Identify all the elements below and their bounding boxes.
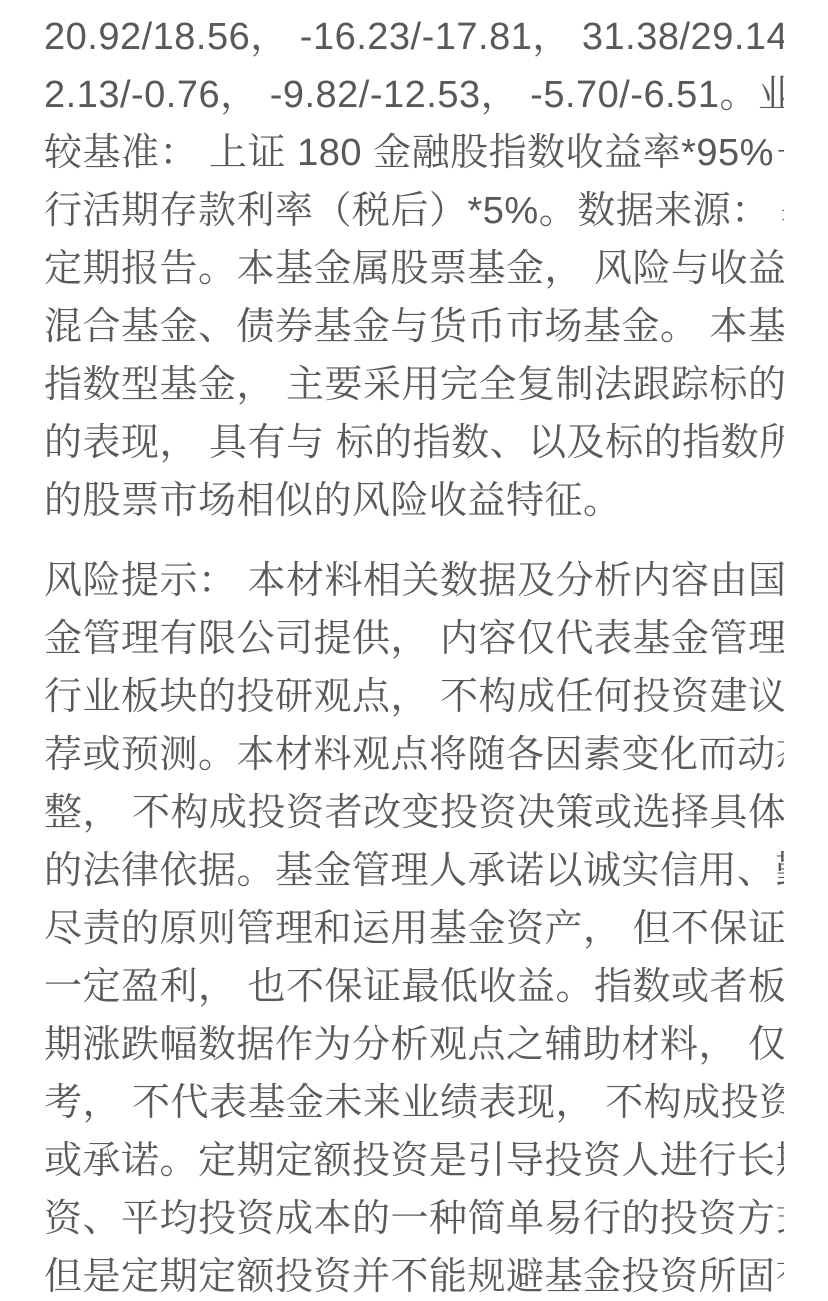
text-line: 资、平均投资成本的一种简单易行的投资方式， (44, 1190, 784, 1248)
text-line: 较基准： 上证 180 金融股指数收益率*95%＋银 (44, 124, 784, 182)
text-line: 风险提示： 本材料相关数据及分析内容由国泰基 (44, 552, 784, 610)
text-line: 20.92/18.56， -16.23/-17.81， 31.38/29.14， (44, 8, 784, 66)
text-line: 的表现， 具有与 标的指数、以及标的指数所代表 (44, 414, 784, 472)
paragraph-risk-warning: 风险提示： 本材料相关数据及分析内容由国泰基 金管理有限公司提供， 内容仅代表基… (44, 552, 784, 1301)
document-body: 20.92/18.56， -16.23/-17.81， 31.38/29.14，… (0, 0, 828, 1301)
text-line: 金管理有限公司提供， 内容仅代表基金管理人对 (44, 610, 784, 668)
text-line: 整， 不构成投资者改变投资决策或选择具体产品 (44, 784, 784, 842)
paragraph-performance-disclosure: 20.92/18.56， -16.23/-17.81， 31.38/29.14，… (44, 8, 784, 530)
text-line: 定期报告。本基金属股票基金， 风险与收益高于 (44, 240, 784, 298)
text-line: 尽责的原则管理和运用基金资产， 但不保证基金 (44, 900, 784, 958)
text-line: 一定盈利， 也不保证最低收益。指数或者板块短 (44, 958, 784, 1016)
text-line: 但是定期定额投资并不能规避基金投资所固有的 (44, 1248, 784, 1301)
text-line: 的股票市场相似的风险收益特征。 (44, 472, 784, 530)
text-line: 期涨跌幅数据作为分析观点之辅助材料， 仅供参 (44, 1016, 784, 1074)
text-line: 行业板块的投研观点， 不构成任何投资建议、推 (44, 668, 784, 726)
text-line: 指数型基金， 主要采用完全复制法跟踪标的指数 (44, 356, 784, 414)
text-line: 2.13/-0.76， -9.82/-12.53， -5.70/-6.51。业绩… (44, 66, 784, 124)
text-line: 的法律依据。基金管理人承诺以诚实信用、勤勉 (44, 842, 784, 900)
text-line: 行活期存款利率（税后）*5%。数据来源： 基金 (44, 182, 784, 240)
text-line: 或承诺。定期定额投资是引导投资人进行长期投 (44, 1132, 784, 1190)
text-line: 考， 不代表基金未来业绩表现， 不构成投资建议 (44, 1074, 784, 1132)
text-line: 混合基金、债券基金与货币市场基金。 本基金为 (44, 298, 784, 356)
text-line: 荐或预测。本材料观点将随各因素变化而动态调 (44, 726, 784, 784)
